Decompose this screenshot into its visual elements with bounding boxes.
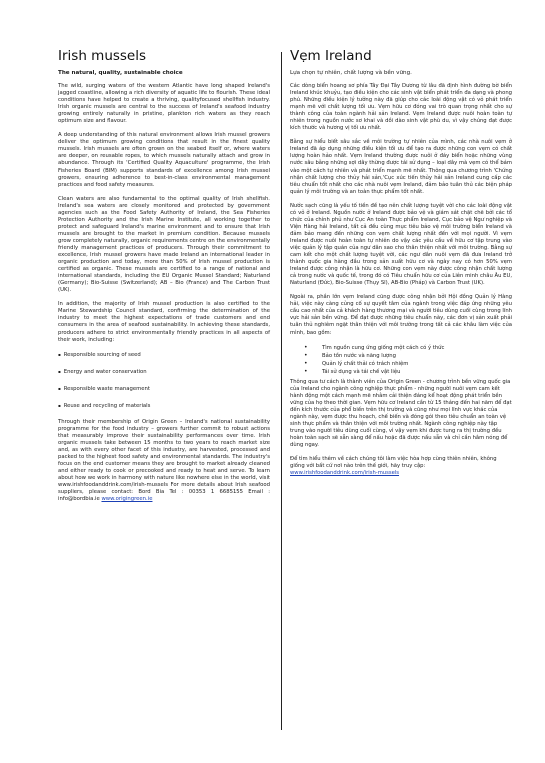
- english-column: Irish mussels The natural, quality, sust…: [58, 48, 270, 510]
- list-item: Quản lý chất thải có trách nhiệm: [304, 360, 512, 368]
- vietnamese-title: Vẹm Ireland: [290, 48, 512, 64]
- english-closing-text: Through their membership of Origin Green…: [58, 419, 270, 503]
- list-item: Bảo tồn nước và năng lượng: [304, 352, 512, 360]
- list-item: Reuse and recycling of materials: [58, 402, 270, 410]
- vietnamese-final-paragraph: Để tìm hiểu thêm về cách chúng tôi làm v…: [290, 456, 512, 477]
- vietnamese-paragraph: Nước sạch cũng là yếu tố tiền đề tạo nên…: [290, 203, 512, 288]
- list-item: Responsible sourcing of seed: [58, 351, 270, 359]
- list-item: Tìm nguồn cung ứng giống một cách có ý t…: [304, 344, 512, 352]
- english-subtitle: The natural, quality, sustainable choice: [58, 69, 270, 77]
- english-practices-list: Responsible sourcing of seed Energy and …: [58, 351, 270, 410]
- english-title: Irish mussels: [58, 48, 270, 64]
- origin-green-link[interactable]: www.origingreen.ie: [101, 496, 152, 502]
- irish-food-link[interactable]: www.irishfoodanddrink.com/irish-mussels: [290, 470, 399, 476]
- english-paragraph: Clean waters are also fundamental to the…: [58, 196, 270, 295]
- english-paragraph: In addition, the majority of Irish musse…: [58, 301, 270, 343]
- vietnamese-column: Vẹm Ireland Lựa chọn tự nhiên, chất lượn…: [290, 48, 512, 484]
- english-closing-paragraph: Through their membership of Origin Green…: [58, 419, 270, 504]
- column-divider: [281, 52, 282, 730]
- vietnamese-subtitle: Lựa chọn tự nhiên, chất lượng và bền vữn…: [290, 69, 512, 77]
- english-paragraph: A deep understanding of this natural env…: [58, 132, 270, 188]
- english-paragraph: The wild, surging waters of the western …: [58, 83, 270, 125]
- vietnamese-practices-list: Tìm nguồn cung ứng giống một cách có ý t…: [290, 344, 512, 377]
- list-item: Responsible waste management: [58, 385, 270, 393]
- list-item: Tái sử dụng và tái chế vật liệu: [304, 368, 512, 376]
- list-item: Energy and water conservation: [58, 368, 270, 376]
- vietnamese-closing-paragraph: Thông qua tư cách là thành viên của Orig…: [290, 379, 512, 449]
- vietnamese-final-text: Để tìm hiểu thêm về cách chúng tôi làm v…: [290, 456, 497, 469]
- vietnamese-paragraph: Ngoài ra, phần lớn vẹm Ireland cũng được…: [290, 294, 512, 336]
- vietnamese-paragraph: Các dòng biển hoang sơ phía Tây Đại Tây …: [290, 83, 512, 132]
- vietnamese-paragraph: Bằng sự hiểu biết sâu sắc về môi trường …: [290, 139, 512, 195]
